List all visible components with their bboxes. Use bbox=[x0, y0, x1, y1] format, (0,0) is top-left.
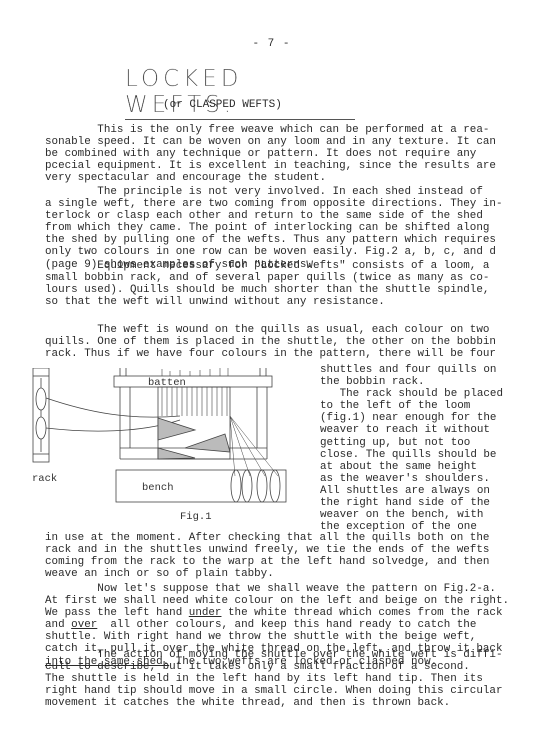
page-subtitle: (or CLASPED WEFTS) bbox=[163, 99, 282, 111]
batten-bar bbox=[114, 376, 272, 387]
loom-diagram-icon: batten rack bench Fig.1 bbox=[30, 368, 310, 528]
batten-label: batten bbox=[148, 377, 186, 389]
paragraph-shuttle-action: The action of moving the shuttle over th… bbox=[45, 649, 502, 709]
emphasis-under: under bbox=[189, 607, 222, 619]
emphasis-over: over bbox=[71, 619, 97, 631]
page-number: - 7 - bbox=[0, 38, 543, 50]
bench-label: bench bbox=[142, 482, 174, 494]
paragraph-checking-quills: in use at the moment. After checking tha… bbox=[45, 532, 489, 580]
paragraph-equipment: Equipment necessary for "Locked Wefts" c… bbox=[45, 260, 489, 308]
paragraph-intro: This is the only free weave which can be… bbox=[45, 124, 496, 184]
paragraph-rack-placement: shuttles and four quills on the bobbin r… bbox=[320, 364, 503, 533]
figure-caption: Fig.1 bbox=[180, 511, 212, 523]
paragraph-principle: The principle is not very involved. In e… bbox=[45, 186, 502, 271]
paragraph-weft-winding: The weft is wound on the quills as usual… bbox=[45, 324, 496, 360]
figure-loom-diagram: batten rack bench Fig.1 bbox=[30, 368, 310, 528]
page-title: LOCKED WEFTS. bbox=[125, 66, 355, 120]
rack-label: rack bbox=[32, 473, 57, 485]
